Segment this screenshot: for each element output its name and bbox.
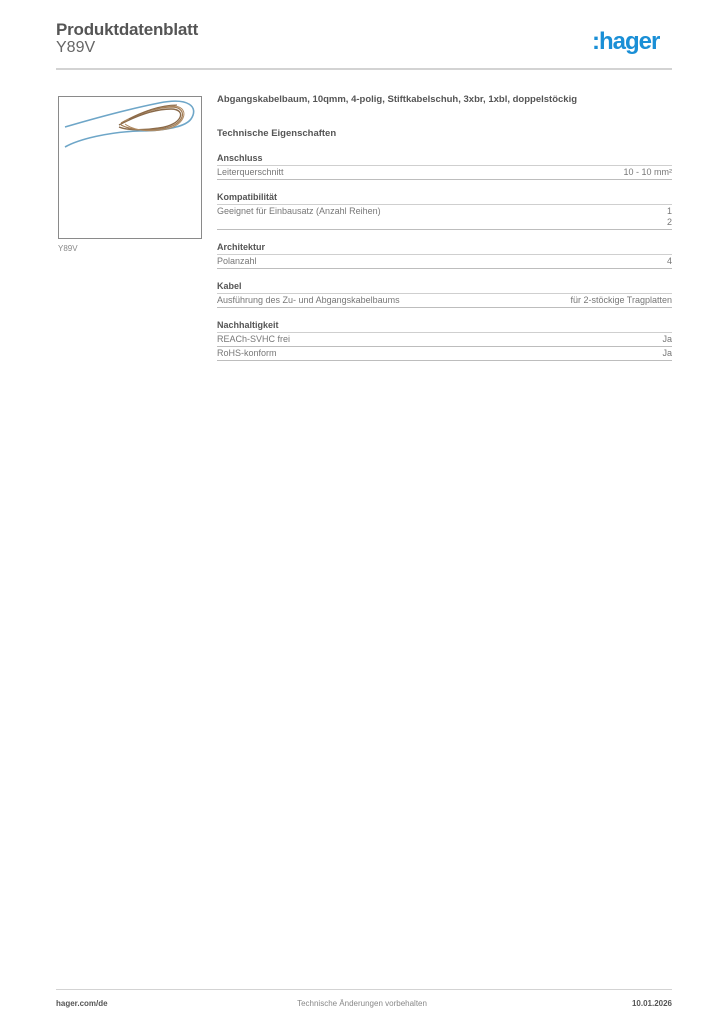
product-image bbox=[58, 96, 202, 239]
spec-label: Leiterquerschnitt bbox=[217, 167, 284, 178]
spec-label: RoHS-konform bbox=[217, 348, 277, 359]
group-title: Kompatibilität bbox=[217, 192, 672, 205]
spec-value: 10 - 10 mm² bbox=[623, 167, 672, 178]
spec-row: Geeignet für Einbausatz (Anzahl Reihen)1… bbox=[217, 205, 672, 230]
spec-row: Leiterquerschnitt10 - 10 mm² bbox=[217, 166, 672, 180]
group-title: Anschluss bbox=[217, 153, 672, 166]
spec-label: Geeignet für Einbausatz (Anzahl Reihen) bbox=[217, 206, 381, 228]
spec-value: für 2-stöckige Tragplatten bbox=[570, 295, 672, 306]
section-title: Technische Eigenschaften bbox=[217, 128, 672, 139]
spec-row: Polanzahl4 bbox=[217, 255, 672, 269]
spec-groups: AnschlussLeiterquerschnitt10 - 10 mm²Kom… bbox=[217, 153, 672, 361]
footer-notice: Technische Änderungen vorbehalten bbox=[0, 999, 724, 1008]
spec-group: AnschlussLeiterquerschnitt10 - 10 mm² bbox=[217, 153, 672, 180]
spec-label: REACh-SVHC frei bbox=[217, 334, 290, 345]
spec-label: Polanzahl bbox=[217, 256, 257, 267]
spec-row: REACh-SVHC freiJa bbox=[217, 333, 672, 347]
spec-label: Ausführung des Zu- und Abgangskabelbaums bbox=[217, 295, 400, 306]
spec-content: Abgangskabelbaum, 10qmm, 4-polig, Stiftk… bbox=[217, 94, 672, 361]
spec-group: NachhaltigkeitREACh-SVHC freiJaRoHS-konf… bbox=[217, 320, 672, 361]
header-divider bbox=[56, 68, 672, 70]
spec-group: ArchitekturPolanzahl4 bbox=[217, 242, 672, 269]
image-caption: Y89V bbox=[58, 244, 78, 253]
group-title: Kabel bbox=[217, 281, 672, 294]
spec-row: RoHS-konformJa bbox=[217, 347, 672, 361]
hager-logo: :hager bbox=[592, 28, 659, 56]
spec-value: 4 bbox=[667, 256, 672, 267]
document-title: Produktdatenblatt bbox=[56, 20, 198, 40]
product-description: Abgangskabelbaum, 10qmm, 4-polig, Stiftk… bbox=[217, 94, 672, 108]
spec-value: 1 2 bbox=[667, 206, 672, 228]
spec-value: Ja bbox=[662, 334, 672, 345]
footer-divider bbox=[56, 989, 672, 990]
cable-harness-icon bbox=[59, 97, 201, 238]
spec-group: KompatibilitätGeeignet für Einbausatz (A… bbox=[217, 192, 672, 230]
group-title: Architektur bbox=[217, 242, 672, 255]
spec-value: Ja bbox=[662, 348, 672, 359]
group-title: Nachhaltigkeit bbox=[217, 320, 672, 333]
spec-group: KabelAusführung des Zu- und Abgangskabel… bbox=[217, 281, 672, 308]
product-code: Y89V bbox=[56, 39, 95, 57]
footer-date: 10.01.2026 bbox=[632, 999, 672, 1008]
spec-row: Ausführung des Zu- und Abgangskabelbaums… bbox=[217, 294, 672, 308]
